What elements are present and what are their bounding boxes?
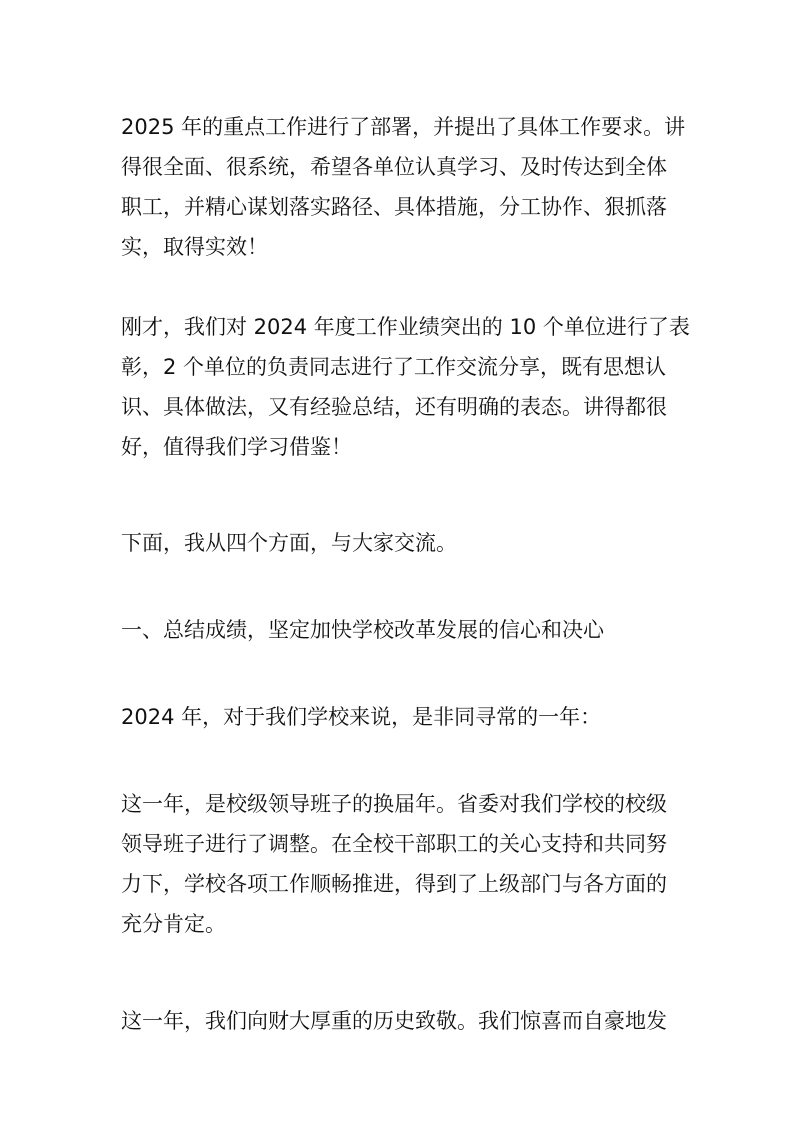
heading-text: 一、总结成绩，坚定加快学校改革发展的信心和决心 — [121, 610, 674, 650]
section-heading-1: 一、总结成绩，坚定加快学校改革发展的信心和决心 — [121, 610, 674, 650]
paragraph-2024-year: 2024 年，对于我们学校来说，是非同寻常的一年： — [121, 697, 674, 737]
text-line: 这一年，我们向财大厚重的历史致敬。我们惊喜而自豪地发 — [121, 1001, 674, 1041]
text-line: 2024 年，对于我们学校来说，是非同寻常的一年： — [121, 697, 674, 737]
paragraph-leadership-change: 这一年，是校级领导班子的换届年。省委对我们学校的校级 领导班子进行了调整。在全校… — [121, 784, 674, 944]
paragraph-work-deployment: 2025 年的重点工作进行了部署，并提出了具体工作要求。讲 得很全面、很系统，希… — [121, 107, 674, 267]
text-line: 2025 年的重点工作进行了部署，并提出了具体工作要求。讲 — [121, 107, 674, 147]
text-line: 得很全面、很系统，希望各单位认真学习、及时传达到全体 — [121, 147, 674, 187]
text-line: 职工，并精心谋划落实路径、具体措施，分工协作、狠抓落 — [121, 187, 674, 227]
text-line: 力下，学校各项工作顺畅推进，得到了上级部门与各方面的 — [121, 864, 674, 904]
paragraph-intro: 下面，我从四个方面，与大家交流。 — [121, 523, 674, 563]
text-line: 刚才，我们对 2024 年度工作业绩突出的 10 个单位进行了表 — [121, 307, 674, 347]
text-line: 下面，我从四个方面，与大家交流。 — [121, 523, 674, 563]
text-line: 识、具体做法，又有经验总结，还有明确的表态。讲得都很 — [121, 387, 674, 427]
text-line: 领导班子进行了调整。在全校干部职工的关心支持和共同努 — [121, 824, 674, 864]
text-line: 充分肯定。 — [121, 904, 674, 944]
text-line: 好，值得我们学习借鉴！ — [121, 427, 674, 467]
paragraph-commendation: 刚才，我们对 2024 年度工作业绩突出的 10 个单位进行了表 彰，2 个单位… — [121, 307, 674, 467]
text-line: 彰，2 个单位的负责同志进行了工作交流分享，既有思想认 — [121, 347, 674, 387]
text-line: 这一年，是校级领导班子的换届年。省委对我们学校的校级 — [121, 784, 674, 824]
paragraph-history-tribute: 这一年，我们向财大厚重的历史致敬。我们惊喜而自豪地发 — [121, 1001, 674, 1041]
text-line: 实，取得实效！ — [121, 227, 674, 267]
document-page: 2025 年的重点工作进行了部署，并提出了具体工作要求。讲 得很全面、很系统，希… — [0, 0, 793, 1122]
